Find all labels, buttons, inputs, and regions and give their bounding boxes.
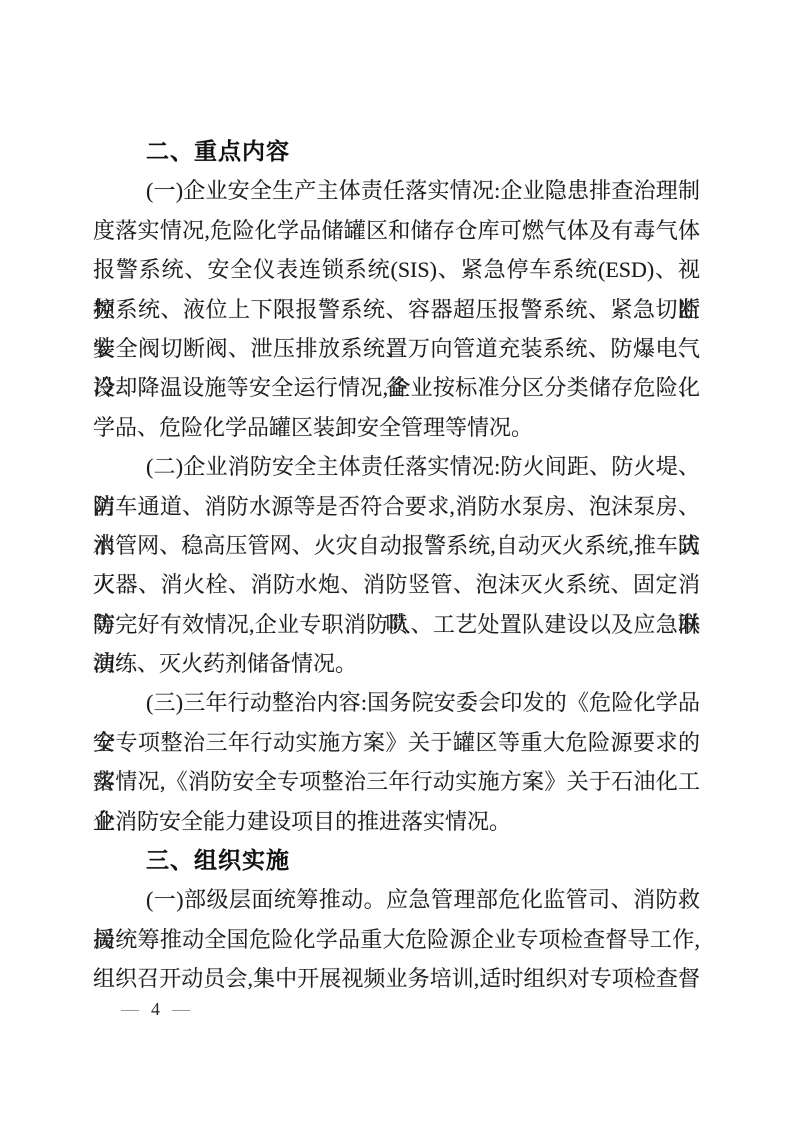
paragraph-line: 度落实情况,危险化学品储罐区和储存仓库可燃气体及有毒气体: [93, 211, 700, 250]
paragraph-line: (一)部级层面统筹推动。应急管理部危化监管司、消防救援: [93, 880, 700, 919]
paragraph-three-year-action: (三)三年行动整治内容:国务院安委会印发的《危险化学品安 全专项整治三年行动实施…: [93, 683, 700, 841]
paragraph-line: 安全阀切断阀、泄压排放系统、万向管道充装系统、防爆电气设备、: [93, 329, 700, 368]
paragraph-line: 全专项整治三年行动实施方案》关于罐区等重大危险源要求的落: [93, 723, 700, 762]
footer-dash-left: —: [121, 997, 139, 1021]
paragraph-line: 学品、危险化学品罐区装卸安全管理等情况。: [93, 408, 700, 447]
paragraph-line: (三)三年行动整治内容:国务院安委会印发的《危险化学品安: [93, 683, 700, 722]
paragraph-ministry-level: (一)部级层面统筹推动。应急管理部危化监管司、消防救援 局统筹推动全国危险化学品…: [93, 880, 700, 998]
section-heading-key-content: 二、重点内容: [93, 132, 700, 171]
paragraph-production-safety: (一)企业安全生产主体责任落实情况:企业隐患排查治理制 度落实情况,危险化学品储…: [93, 171, 700, 447]
paragraph-line: 报警系统、安全仪表连锁系统(SIS)、紧急停车系统(ESD)、视频监: [93, 250, 700, 289]
paragraph-line: (二)企业消防安全主体责任落实情况:防火间距、防火堤、消: [93, 447, 700, 486]
paragraph-line: 局统筹推动全国危险化学品重大危险源企业专项检查督导工作,: [93, 920, 700, 959]
paragraph-line: 组织召开动员会,集中开展视频业务培训,适时组织对专项检查督: [93, 959, 700, 998]
footer-dash-right: —: [172, 997, 190, 1021]
paragraph-line: 水管网、稳高压管网、火灾自动报警系统,自动灭火系统,推车式灭: [93, 526, 700, 565]
document-body: 二、重点内容 (一)企业安全生产主体责任落实情况:企业隐患排查治理制 度落实情况…: [93, 132, 700, 999]
paragraph-line: 控系统、液位上下限报警系统、容器超压报警系统、紧急切断装置、: [93, 290, 700, 329]
paragraph-line: 等完好有效情况,企业专职消防队、工艺处置队建设以及应急联动: [93, 605, 700, 644]
paragraph-line: 冷却降温设施等安全运行情况,企业按标准分区分类储存危险化: [93, 368, 700, 407]
section-heading-organization: 三、组织实施: [93, 841, 700, 880]
paragraph-line: (一)企业安全生产主体责任落实情况:企业隐患排查治理制: [93, 171, 700, 210]
page-number: 4: [151, 997, 160, 1021]
paragraph-fire-safety: (二)企业消防安全主体责任落实情况:防火间距、防火堤、消 防车通道、消防水源等是…: [93, 447, 700, 683]
paragraph-line: 防车通道、消防水源等是否符合要求,消防水泵房、泡沫泵房、消防: [93, 487, 700, 526]
document-page: 二、重点内容 (一)企业安全生产主体责任落实情况:企业隐患排查治理制 度落实情况…: [0, 0, 800, 1131]
paragraph-line: 业消防安全能力建设项目的推进落实情况。: [93, 802, 700, 841]
paragraph-line: 火器、消火栓、消防水炮、消防竖管、泡沫灭火系统、固定消防喷淋: [93, 565, 700, 604]
paragraph-line: 演练、灭火药剂储备情况。: [93, 644, 700, 683]
paragraph-line: 实情况,《消防安全专项整治三年行动实施方案》关于石油化工企: [93, 762, 700, 801]
page-footer: — 4 —: [121, 997, 190, 1021]
